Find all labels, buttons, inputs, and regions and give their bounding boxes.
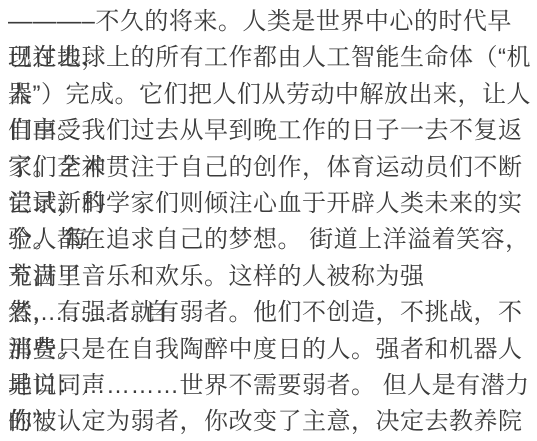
text-line: 家们全神贯注于自己的创作，体育运动员们不断尝试新的 xyxy=(8,150,533,186)
text-line: 然，有强者就有弱者。他们不创造，不挑战，不消费。 xyxy=(8,295,533,331)
text-line: 人”）完成。它们把人们从劳动中解放出来，让人们享受 xyxy=(8,77,533,113)
text-line: 你被认定为弱者，你改变了主意，决定去教养院受训。 xyxy=(8,404,533,440)
text-line: 那些只是在自我陶醉中度日的人。强者和机器人异口同声 xyxy=(8,332,533,368)
text-line: 个人都在追求自己的梦想。 街道上洋溢着笑容，节日里 xyxy=(8,222,533,258)
text-line: 记录，科学家们则倾注心血于开辟人类未来的实验。 每 xyxy=(8,186,533,222)
text-line: 自由。我们过去从早到晚工作的日子一去不复返了。艺术 xyxy=(8,113,533,149)
text-line: 现在地球上的所有工作都由人工智能生命体（“机器 xyxy=(8,40,533,76)
text-document: ———–不久的将来。人类是世界中心的时代早已过去， 现在地球上的所有工作都由人工… xyxy=(0,0,537,441)
text-line: ———–不久的将来。人类是世界中心的时代早已过去， xyxy=(8,4,533,40)
text-line: 充满了音乐和欢乐。这样的人被称为强者,………… 自 xyxy=(8,259,533,295)
text-line: 地说：…………世界不需要弱者。 但人是有潜力的”。 xyxy=(8,368,533,404)
